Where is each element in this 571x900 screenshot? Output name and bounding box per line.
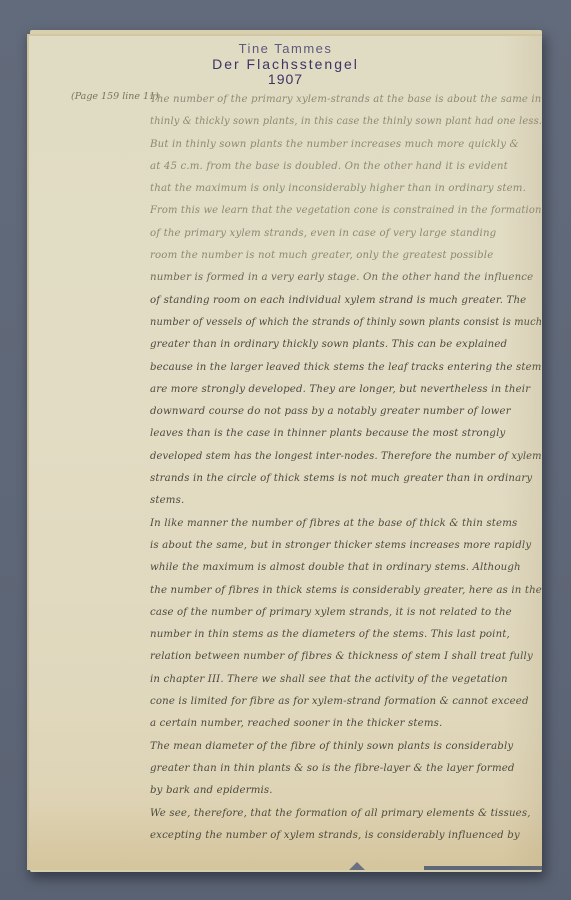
text-line: in chapter III. There we shall see that … [150, 669, 540, 691]
text-line: are more strongly developed. They are lo… [150, 379, 540, 401]
text-line: greater than in ordinary thickly sown pl… [150, 334, 540, 356]
text-line: developed stem has the longest inter-nod… [150, 446, 528, 468]
text-line: In like manner the number of fibres at t… [150, 513, 540, 535]
text-line: is about the same, but in stronger thick… [150, 535, 540, 557]
author-name: Tine Tammes [29, 42, 542, 55]
text-line: room the number is not much greater, onl… [150, 245, 540, 267]
text-line: because in the larger leaved thick stems… [150, 357, 538, 379]
text-line: The number of the primary xylem-strands … [150, 89, 537, 111]
text-line: number is formed in a very early stage. … [150, 267, 540, 289]
text-line: downward course do not pass by a notably… [150, 401, 540, 423]
text-line: a certain number, reached sooner in the … [150, 713, 540, 735]
text-line: number of vessels of which the strands o… [150, 312, 526, 334]
text-line: From this we learn that the vegetation c… [150, 200, 530, 222]
text-line: greater than in thin plants & so is the … [150, 758, 540, 780]
text-line: case of the number of primary xylem stra… [150, 602, 540, 624]
text-line: number in thin stems as the diameters of… [150, 624, 540, 646]
text-line: strands in the circle of thick stems is … [150, 468, 540, 490]
text-line: by bark and epidermis. [150, 780, 540, 802]
text-line: stems. [150, 490, 540, 512]
document-title: Der Flachsstengel [29, 57, 542, 71]
text-line: at 45 c.m. from the base is doubled. On … [150, 156, 540, 178]
document-year: 1907 [29, 72, 542, 86]
text-line: leaves than is the case in thinner plant… [150, 423, 540, 445]
text-line: of standing room on each individual xyle… [150, 290, 540, 312]
text-line: the number of fibres in thick stems is c… [150, 580, 540, 602]
manuscript-page: Tine Tammes Der Flachsstengel 1907 (Page… [27, 34, 542, 870]
text-line: of the primary xylem strands, even in ca… [150, 223, 540, 245]
torn-edge [424, 866, 542, 870]
text-line: that the maximum is only inconsiderably … [150, 178, 540, 200]
paper-tear [347, 862, 367, 870]
text-line: But in thinly sown plants the number inc… [150, 134, 540, 156]
text-line: The mean diameter of the fibre of thinly… [150, 736, 540, 758]
typed-header: Tine Tammes Der Flachsstengel 1907 [29, 40, 542, 86]
text-line: cone is limited for fibre as for xylem-s… [150, 691, 540, 713]
text-line: while the maximum is almost double that … [150, 557, 540, 579]
text-line: excepting the number of xylem strands, i… [150, 825, 540, 847]
margin-reference-note: (Page 159 line 11) [71, 91, 159, 102]
text-line: We see, therefore, that the formation of… [150, 803, 540, 825]
text-line: thinly & thickly sown plants, in this ca… [150, 111, 528, 133]
text-line: relation between number of fibres & thic… [150, 646, 540, 668]
handwritten-text-body: The number of the primary xylem-strands … [150, 89, 540, 847]
